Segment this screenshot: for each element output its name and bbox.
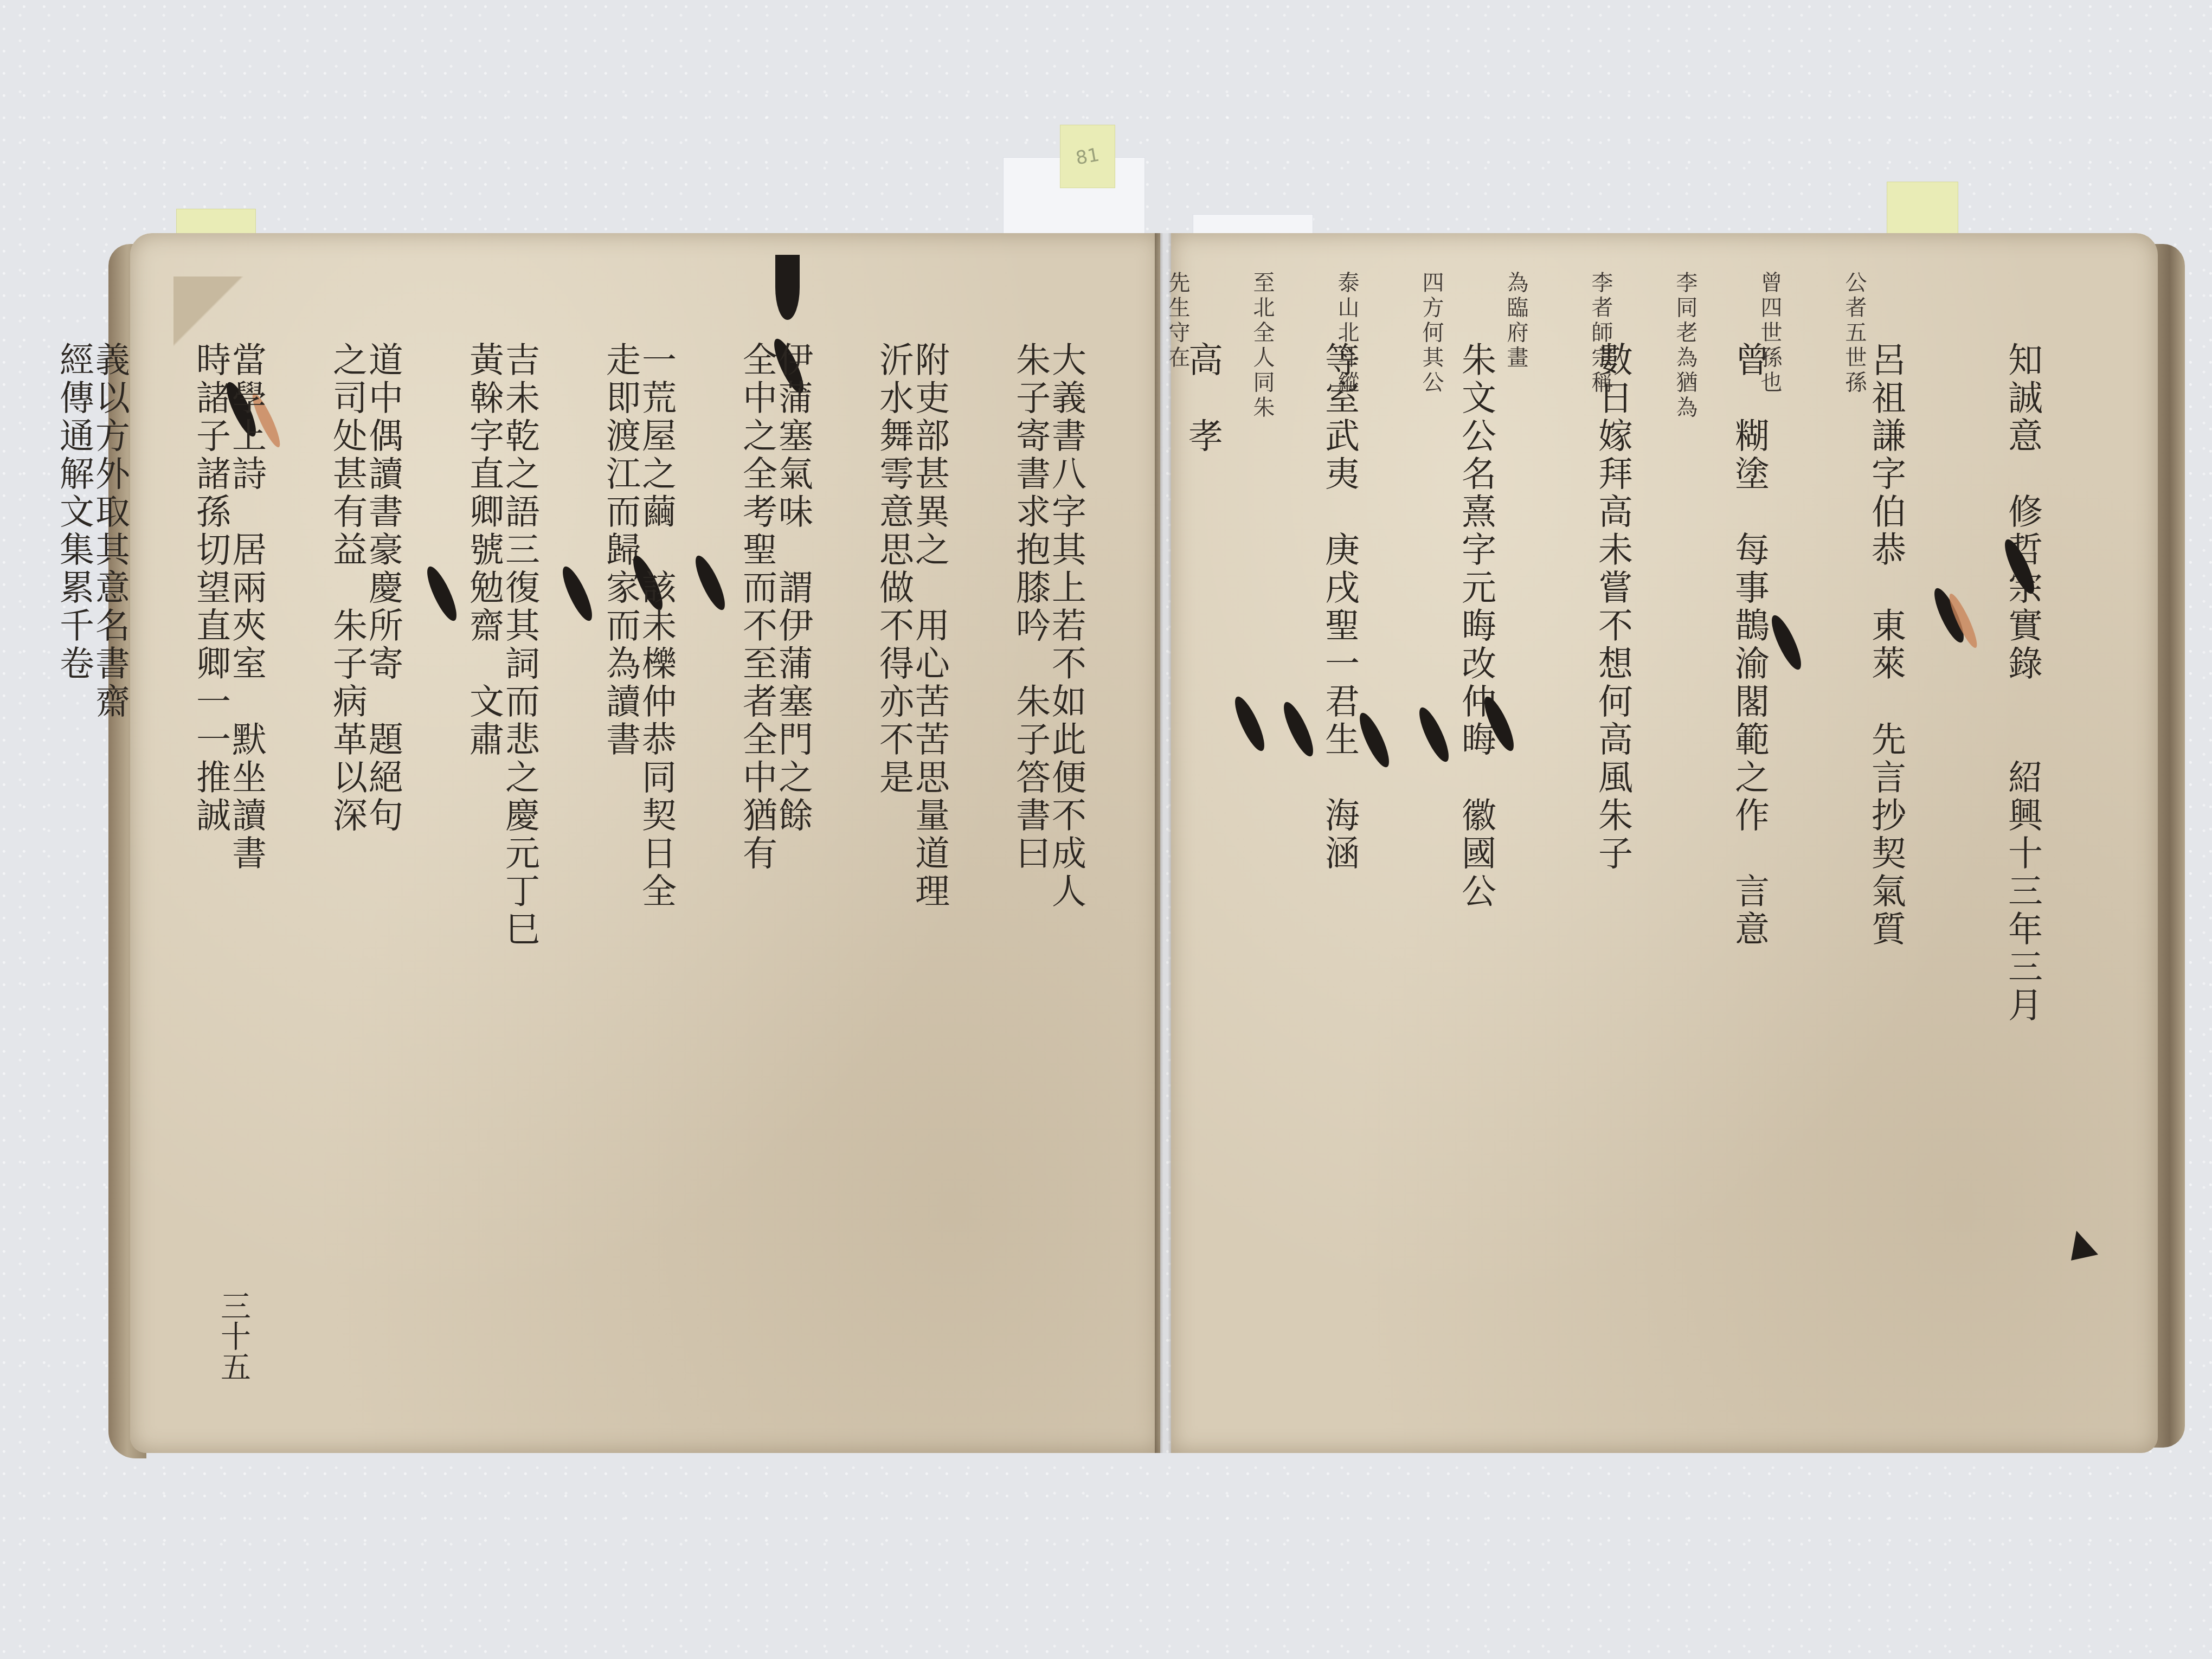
right-page: 公者五世孫 曾四世孫也 李同老為猶為 李者師宗稱 為臨府畫 四方何其公 泰山北斗…: [1171, 233, 2158, 1453]
paper-strip: [1193, 214, 1313, 234]
text-column: 等室武夷 庚戌聖一君生 海涵: [1316, 342, 1362, 1372]
tab-label: 81: [1074, 144, 1101, 169]
text-column: 高 孝: [1180, 342, 1225, 1372]
sticky-tab-right: [1887, 182, 1958, 234]
ink-blot: [775, 255, 800, 320]
text-column: 知誠意 修哲宗實錄 紹興十三年三月: [1999, 342, 2045, 1372]
text-column: 道中偶讀書豪慶所寄 題絕句: [360, 342, 406, 1372]
text-column: 大義書八字其上若不如此便不成人: [1043, 342, 1089, 1372]
text-column: 義以方外取其意名書齋: [87, 342, 132, 1372]
text-column: 曾 糊塗 每事鵲渝閣範之作 言意: [1726, 342, 1772, 1372]
text-column: 朱文公名熹字元晦改仲晦 徽國公: [1453, 342, 1499, 1372]
text-column: 當學上詩 居兩夾室 默坐讀書: [223, 342, 269, 1372]
text-column: 一荒屋之繭 該未櫟仲恭同契日全: [633, 342, 679, 1372]
open-book: 朱子寄書求抱膝吟 朱子答書曰 沂水舞雩意思做不得亦不是 全中之全考聖而不至者全中…: [108, 233, 2185, 1464]
text-column: 數日嫁拜高未嘗不想何高風朱子: [1590, 342, 1635, 1372]
text-column: 附吏部甚異之 用心苦苦思量道理: [906, 342, 952, 1372]
folded-corner: [173, 276, 244, 347]
text-column: 吉未乾之語三復其詞而悲之慶元丁巳: [497, 342, 542, 1372]
text-column: 伊蒲塞氣味 謂伊蒲塞門之餘: [770, 342, 815, 1372]
right-page-main-text: 知誠意 修哲宗實錄 紹興十三年三月 呂祖謙字伯恭 東萊 先言抄契氣質 曾 糊塗 …: [0, 342, 2136, 1372]
sticky-tab-center: 81: [1060, 125, 1115, 188]
text-column: 呂祖謙字伯恭 東萊 先言抄契氣質: [1863, 342, 1908, 1372]
